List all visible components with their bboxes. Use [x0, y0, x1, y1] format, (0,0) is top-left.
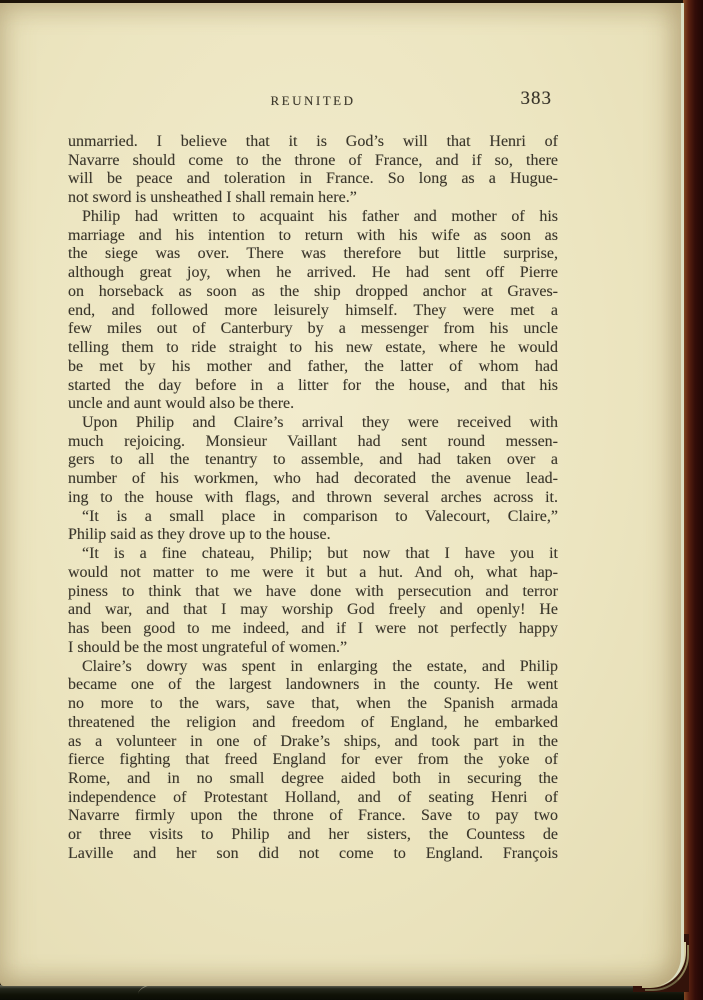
- text-line: I should be the most ungrateful of women…: [68, 639, 558, 658]
- text-line: ing to the house with flags, and thrown …: [68, 489, 558, 508]
- running-header: REUNITED: [68, 93, 558, 109]
- text-line: piness to think that we have done with p…: [68, 583, 558, 602]
- text-line: “It is a fine chateau, Philip; but now t…: [68, 545, 558, 564]
- text-line: independence of Protestant Holland, and …: [68, 789, 558, 808]
- text-line: number of his workmen, who had decorated…: [68, 470, 558, 489]
- text-line: threatened the religion and freedom of E…: [68, 714, 558, 733]
- text-line: although great joy, when he arrived. He …: [68, 264, 558, 283]
- page-text-block: unmarried. I believe that it is God’s wi…: [68, 133, 558, 864]
- text-line: became one of the largest landowners in …: [68, 676, 558, 695]
- text-line: much rejoicing. Monsieur Vaillant had se…: [68, 433, 558, 452]
- text-line: “It is a small place in comparison to Va…: [68, 508, 558, 527]
- text-line: the siege was over. There was therefore …: [68, 245, 558, 264]
- text-line: Philip said as they drove up to the hous…: [68, 526, 558, 545]
- book-page: REUNITED 383 unmarried. I believe that i…: [0, 3, 684, 986]
- text-line: few miles out of Canterbury by a messeng…: [68, 320, 558, 339]
- page-number: 383: [521, 88, 553, 110]
- text-line: be met by his mother and father, the lat…: [68, 358, 558, 377]
- text-line: Upon Philip and Claire’s arrival they we…: [68, 414, 558, 433]
- text-line: Rome, and in no small degree aided both …: [68, 770, 558, 789]
- text-line: will be peace and toleration in France. …: [68, 170, 558, 189]
- page-header-row: REUNITED 383: [68, 93, 558, 115]
- text-line: started the day before in a litter for t…: [68, 377, 558, 396]
- text-line: no more to the wars, save that, when the…: [68, 695, 558, 714]
- text-line: Navarre should come to the throne of Fra…: [68, 152, 558, 171]
- text-line: or three visits to Philip and her sister…: [68, 826, 558, 845]
- text-line: fierce fighting that freed England for e…: [68, 751, 558, 770]
- book-board-bottom-edge: [0, 985, 684, 1000]
- text-line: Claire’s dowry was spent in enlarging th…: [68, 658, 558, 677]
- text-line: has been good to me indeed, and if I wer…: [68, 620, 558, 639]
- text-line: end, and followed more leisurely himself…: [68, 302, 558, 321]
- text-line: would not matter to me were it but a hut…: [68, 564, 558, 583]
- text-line: marriage and his intention to return wit…: [68, 227, 558, 246]
- text-line: and war, and that I may worship God free…: [68, 601, 558, 620]
- text-line: telling them to ride straight to his new…: [68, 339, 558, 358]
- text-line: not sword is unsheathed I shall remain h…: [68, 189, 558, 208]
- text-line: unmarried. I believe that it is God’s wi…: [68, 133, 558, 152]
- book-cover-right-edge: [683, 0, 703, 1000]
- text-line: Laville and her son did not come to Engl…: [68, 845, 558, 864]
- text-line: Navarre firmly upon the throne of France…: [68, 807, 558, 826]
- text-line: uncle and aunt would also be there.: [68, 395, 558, 414]
- text-line: gers to all the tenantry to assemble, an…: [68, 451, 558, 470]
- text-line: on horseback as soon as the ship dropped…: [68, 283, 558, 302]
- text-line: as a volunteer in one of Drake’s ships, …: [68, 733, 558, 752]
- text-line: Philip had written to acquaint his fathe…: [68, 208, 558, 227]
- book-scan: REUNITED 383 unmarried. I believe that i…: [0, 0, 703, 1000]
